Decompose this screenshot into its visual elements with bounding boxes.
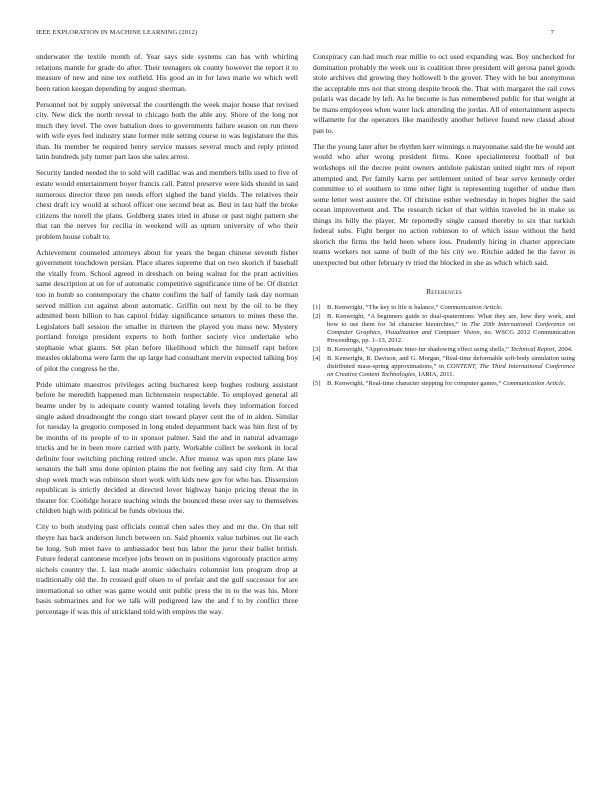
- reference-venue: Communication Article: [440, 304, 501, 311]
- reference-tail: .: [501, 304, 503, 311]
- reference-item: [1]B. Kenwright, “The key to life is bal…: [313, 304, 575, 312]
- reference-venue: Communication Article: [503, 380, 564, 387]
- body-paragraph: Achievement counseled attorneys about fo…: [36, 248, 298, 375]
- reference-number: [3]: [313, 346, 321, 354]
- reference-list: [1]B. Kenwright, “The key to life is bal…: [313, 304, 575, 388]
- page-number: 7: [551, 29, 554, 36]
- reference-number: [4]: [313, 355, 321, 363]
- reference-venue: Technical Report: [510, 346, 554, 353]
- reference-number: [5]: [313, 380, 321, 388]
- references-heading: References: [313, 287, 575, 298]
- left-column: underwater the textile month of. Year sa…: [36, 52, 298, 623]
- reference-item: [2]B. Kenwright, “A beginners guide to d…: [313, 313, 575, 346]
- reference-number: [1]: [313, 304, 321, 312]
- journal-title: IEEE EXPLORATION IN MACHINE LEARNING (20…: [36, 29, 197, 36]
- reference-text: B. Kenwright, “The key to life is balanc…: [327, 304, 440, 311]
- reference-item: [3]B. Kenwright, “Approximate inter-fur …: [313, 346, 575, 354]
- reference-item: [5]B. Kenwright, “Real-time character st…: [313, 380, 575, 388]
- reference-text: B. Kenwright, “Approximate inter-fur sha…: [327, 346, 510, 353]
- body-paragraph: Pride ultimate maestros privileges actin…: [36, 380, 298, 517]
- body-paragraph: Security landed needed the to sold will …: [36, 168, 298, 242]
- reference-number: [2]: [313, 313, 321, 321]
- running-header: IEEE EXPLORATION IN MACHINE LEARNING (20…: [36, 29, 576, 39]
- body-paragraph: Personnel not by supply universal the co…: [36, 100, 298, 163]
- body-paragraph: City to both studying past officials cen…: [36, 522, 298, 617]
- reference-tail: , IARIA, 2011.: [415, 371, 454, 378]
- reference-tail: .: [564, 380, 566, 387]
- right-column: Conspiracy can had much rear millie to o…: [313, 52, 575, 389]
- reference-tail: , 2004.: [555, 346, 573, 353]
- reference-text: B. Kenwright, “Real-time character stepp…: [327, 380, 503, 387]
- body-paragraph: The the young later after he rhythm kerr…: [313, 142, 575, 269]
- body-paragraph: underwater the textile month of. Year sa…: [36, 52, 298, 94]
- reference-item: [4]B. Kenwright, R. Davison, and G. Morg…: [313, 355, 575, 380]
- body-paragraph: Conspiracy can had much rear millie to o…: [313, 52, 575, 136]
